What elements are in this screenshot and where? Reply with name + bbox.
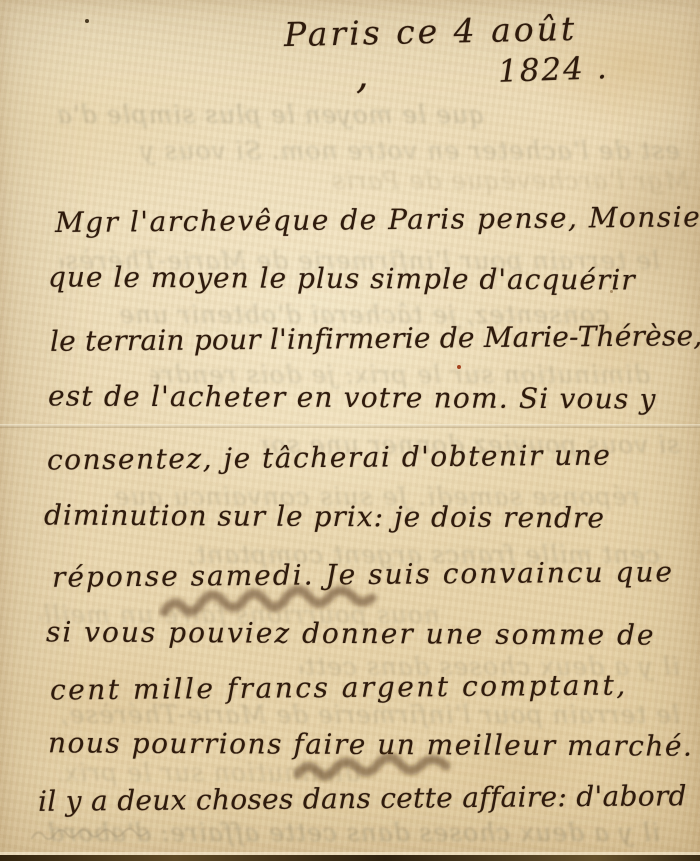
letter-line: le terrain pour l'infirmerie de Marie-Th…	[50, 319, 700, 358]
letter-scan: que le moyen le plus simple d'acquérir e…	[0, 0, 700, 861]
paper-bottom-edge-shadow	[0, 855, 700, 861]
letter-line: diminution sur le prix: je dois rendre	[44, 499, 605, 535]
bleedthrough-text: que le moyen le plus simple d'acquérir	[55, 100, 485, 129]
fold-crease	[0, 424, 700, 428]
dateline-comma: ,	[356, 52, 369, 98]
letter-line: cent mille francs argent comptant,	[50, 668, 628, 706]
letter-line: si vous pouviez donner une somme de	[46, 615, 656, 651]
letter-line: consentez, je tâcherai d'obtenir une	[47, 439, 612, 477]
bleedthrough-text: Mgr l'archevêque de Paris pense, Monsieu…	[330, 166, 690, 195]
bleedthrough-text: est de l'acheter en votre nom. Si vous y	[120, 136, 680, 165]
letter-line: réponse samedi. Je suis convaincu que	[52, 555, 674, 593]
letter-line: que le moyen le plus simple d'acquérir	[48, 260, 636, 296]
rust-speck	[457, 365, 461, 369]
ink-speck	[85, 19, 89, 23]
letter-line: est de l'acheter en votre nom. Si vous y	[48, 379, 657, 415]
pencil-note-illegible	[28, 822, 158, 848]
letter-line: il y a deux choses dans cette affaire: d…	[38, 779, 687, 818]
dateline-year: 1824 .	[497, 50, 609, 90]
letter-line: nous pourrions faire un meilleur marché.	[48, 726, 694, 762]
letter-line: Mgr l'archevêque de Paris pense, Monsieu…	[55, 200, 700, 239]
dateline-place: Paris ce 4 août	[284, 9, 578, 54]
